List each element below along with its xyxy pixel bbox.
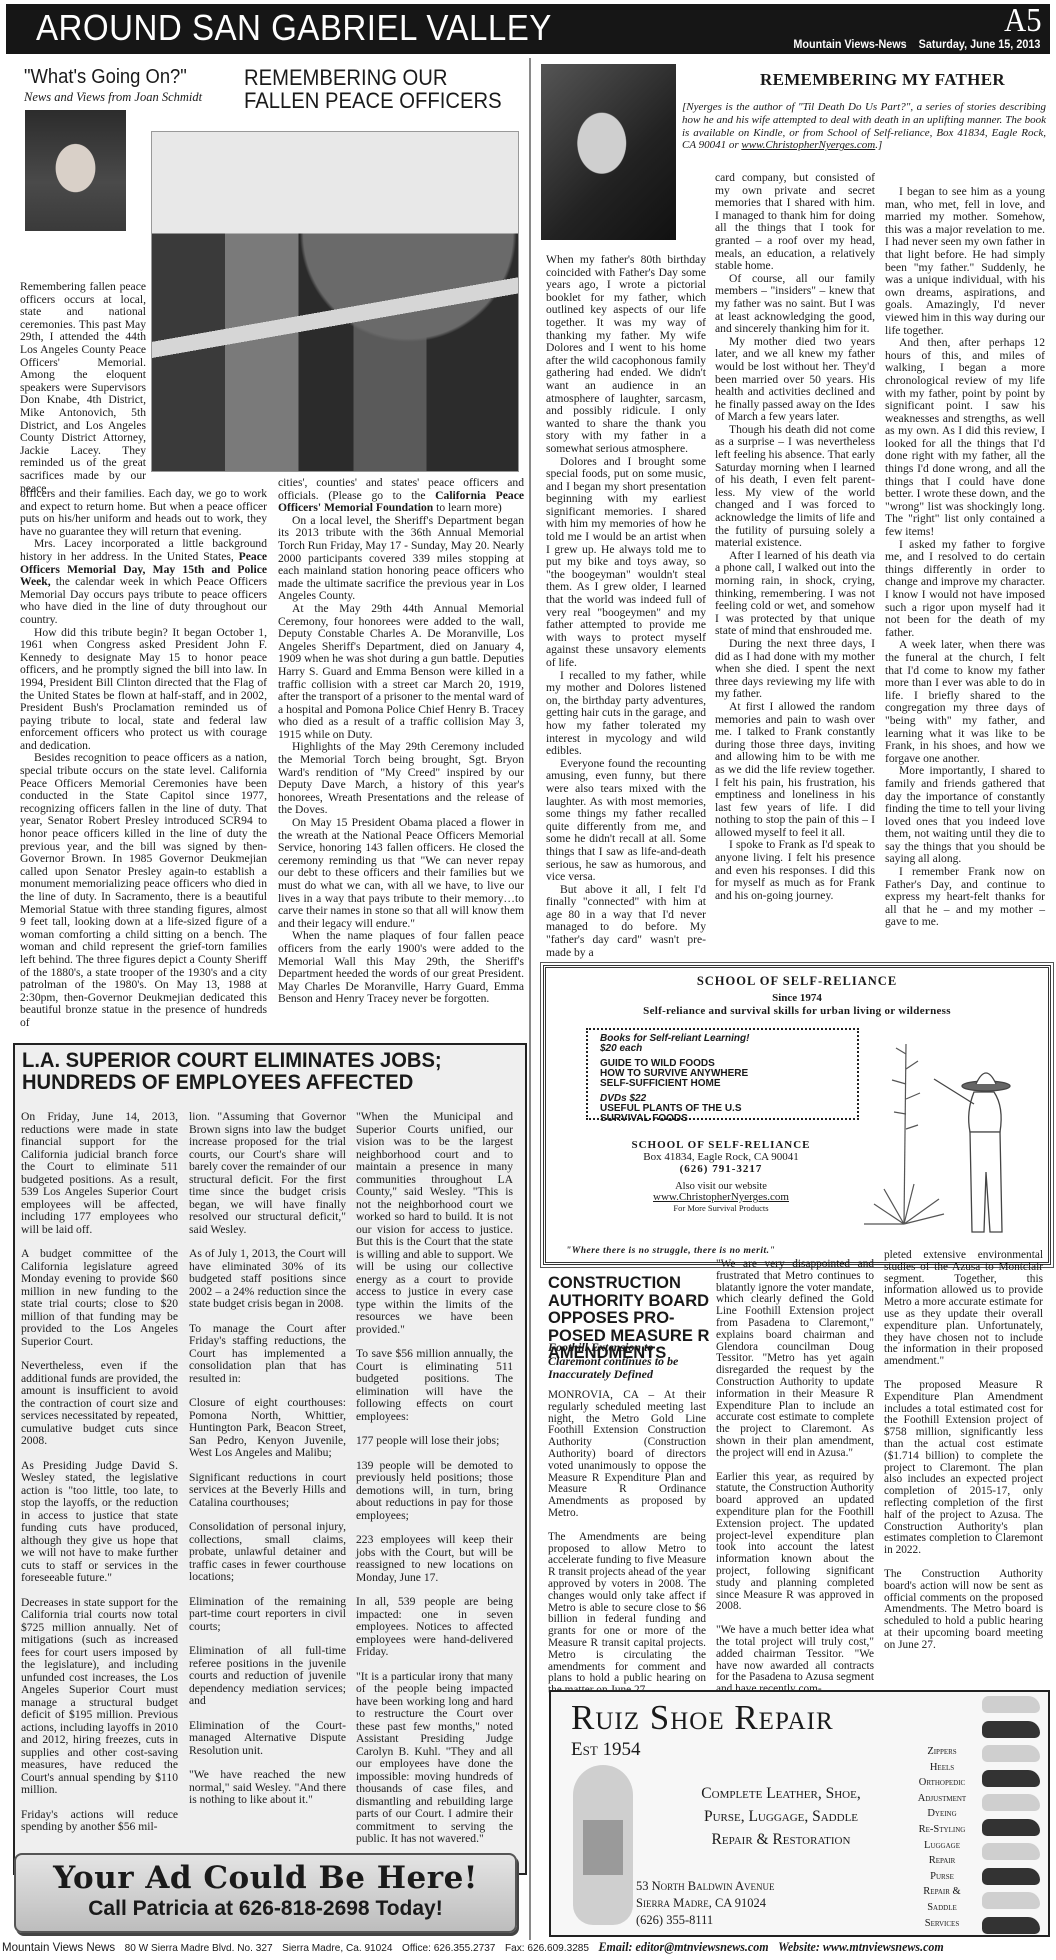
ad-established: Est 1954 bbox=[571, 1739, 641, 1761]
honor-guard-photo bbox=[151, 131, 519, 472]
product-item: SURVIVAL FOODS bbox=[600, 1114, 845, 1124]
shoe-sole-icon bbox=[982, 1745, 1040, 1762]
product-list: Books for Self-reliant Learning! $20 eac… bbox=[586, 1028, 859, 1120]
ad-quote: "Where there is no struggle, there is no… bbox=[566, 1246, 775, 1256]
article-column-1: When my father's 80th birthday coincided… bbox=[546, 254, 706, 959]
paragraph: At first I allowed the random memories a… bbox=[715, 701, 875, 840]
paragraph: "When the Municipal and Superior Courts … bbox=[356, 1111, 513, 1336]
website-link[interactable]: www.ChristopherNyerges.com bbox=[653, 1191, 789, 1203]
paragraph: A week later, when there was the funeral… bbox=[885, 639, 1045, 765]
shoe-icon bbox=[982, 1721, 1040, 1738]
publication-name: Mountain Views-News bbox=[793, 37, 906, 51]
paragraph: Highlights of the May 29th Ceremony incl… bbox=[278, 741, 524, 817]
paragraph: Significant reductions in court services… bbox=[189, 1472, 346, 1510]
footer-email[interactable]: Email: editor@mtnviewsnews.com bbox=[599, 1940, 769, 1954]
paragraph: Besides recognition to peace officers as… bbox=[20, 752, 267, 1029]
shoe-icons bbox=[982, 1696, 1040, 1934]
shoe-sole-icon bbox=[982, 1892, 1040, 1909]
paragraph: Consolidation of personal injury, collec… bbox=[189, 1521, 346, 1584]
article-lead: Remembering fallen peace officers occurs… bbox=[20, 281, 146, 495]
ad-services: Complete Leather, Shoe, Purse, Luggage, … bbox=[661, 1782, 901, 1851]
shoe-icon bbox=[982, 1819, 1040, 1836]
author-website-link[interactable]: www.ChristopherNyerges.com bbox=[741, 139, 875, 151]
paragraph: A budget committee of the California leg… bbox=[21, 1248, 178, 1348]
paragraph: Elimination of all full-time referee pos… bbox=[189, 1645, 346, 1708]
page-number: A5 bbox=[1005, 2, 1042, 40]
column-divider bbox=[529, 58, 531, 1940]
masthead: AROUND SAN GABRIEL VALLEY A5 Mountain Vi… bbox=[6, 4, 1050, 54]
paragraph: 223 employees will keep their jobs with … bbox=[356, 1534, 513, 1584]
author-photo bbox=[541, 64, 676, 240]
paragraph: When the name plaques of four fallen pea… bbox=[278, 930, 524, 1006]
author-note: [Nyerges is the author of "Til Death Do … bbox=[682, 101, 1046, 152]
ad-title: SCHOOL OF SELF-RELIANCE bbox=[546, 974, 1048, 989]
paragraph: "We have a much better idea what the tot… bbox=[716, 1625, 874, 1696]
ad-address: 53 North Baldwin Avenue Sierra Madre, CA… bbox=[636, 1878, 775, 1929]
paragraph: On Friday, June 14, 2013, reductions wer… bbox=[21, 1111, 178, 1236]
paragraph: As Presiding Judge David S. Wesley state… bbox=[21, 1460, 178, 1585]
paragraph: As of July 1, 2013, the Court will have … bbox=[189, 1248, 346, 1311]
paragraph: When my father's 80th birthday coincided… bbox=[546, 254, 706, 456]
shoe-sole-icon bbox=[982, 1843, 1040, 1860]
ad-website: Also visit our website www.ChristopherNy… bbox=[586, 1181, 856, 1214]
paragraph: MONROVIA, CA – At their regularly schedu… bbox=[548, 1390, 706, 1520]
article-headline: REMEMBERING MY FATHER bbox=[760, 70, 1005, 90]
service-list: ZippersHeels OrthopedicAdjustment Dyeing… bbox=[903, 1744, 981, 1931]
article-column-1: On Friday, June 14, 2013, reductions wer… bbox=[21, 1111, 178, 1846]
paragraph: I remember Frank now on Father's Day, an… bbox=[885, 866, 1045, 929]
paragraph: To save $56 million annually, the Court … bbox=[356, 1348, 513, 1423]
advertise-here-banner[interactable]: Your Ad Could Be Here! Call Patricia at … bbox=[14, 1853, 517, 1933]
article-headline: L.A. SUPERIOR COURT ELIMINATES JOBS; HUN… bbox=[22, 1050, 442, 1094]
paragraph: Elimination of the remaining part-time c… bbox=[189, 1596, 346, 1634]
paragraph: I recalled to my father, while my mother… bbox=[546, 670, 706, 758]
footer-fax: Fax: 626.609.3285 bbox=[505, 1942, 589, 1954]
shoe-sole-icon bbox=[982, 1696, 1040, 1713]
paragraph: 177 people will lose their jobs; bbox=[356, 1435, 513, 1448]
column-byline: News and Views from Joan Schmidt bbox=[24, 90, 202, 105]
ad-business-name: Ruiz Shoe Repair bbox=[571, 1698, 834, 1738]
paragraph: But above it all, I felt I'd finally "co… bbox=[546, 884, 706, 960]
author-photo bbox=[25, 110, 126, 231]
article-column-3: pleted extensive environmental studies o… bbox=[884, 1250, 1043, 1664]
paragraph: "It is a particular irony that many of t… bbox=[356, 1671, 513, 1846]
section-title: AROUND SAN GABRIEL VALLEY bbox=[36, 7, 552, 49]
paragraph: I began to see him as a young man, who m… bbox=[885, 186, 1045, 337]
paragraph: In all, 539 people are being impacted: o… bbox=[356, 1596, 513, 1659]
paragraph: "We have reached the new normal," said W… bbox=[189, 1769, 346, 1807]
banner-headline: Your Ad Could Be Here! bbox=[16, 1859, 515, 1897]
article-headline: REMEMBERING OURFALLEN PEACE OFFICERS bbox=[244, 66, 502, 112]
ad-tagline: Self-reliance and survival skills for ur… bbox=[546, 1005, 1048, 1017]
paragraph: The Construction Authority board's actio… bbox=[884, 1569, 1043, 1652]
product-item: SELF-SUFFICIENT HOME bbox=[600, 1079, 845, 1089]
paragraph: I spoke to Frank as I'd speak to anyone … bbox=[715, 839, 875, 902]
article-column-3: I began to see him as a young man, who m… bbox=[885, 186, 1045, 929]
paragraph: Mrs. Lacey incorporated a little backgro… bbox=[20, 538, 267, 626]
shoe-sole-icon bbox=[982, 1794, 1040, 1811]
paragraph: On May 15 President Obama placed a flowe… bbox=[278, 817, 524, 930]
column-title: "What's Going On?" bbox=[24, 66, 187, 89]
footer-city: Sierra Madre, Ca. 91024 bbox=[282, 1942, 392, 1954]
lead-paragraph: Remembering fallen peace officers occurs… bbox=[20, 281, 146, 495]
paragraph: Decreases in state support for the Calif… bbox=[21, 1597, 178, 1797]
shoe-icon bbox=[982, 1770, 1040, 1787]
ad-contact: SCHOOL OF SELF-RELIANCE Box 41834, Eagle… bbox=[586, 1139, 856, 1175]
page-footer: Mountain Views News 80 W Sierra Madre Bl… bbox=[2, 1940, 1014, 1955]
school-of-self-reliance-ad[interactable]: SCHOOL OF SELF-RELIANCE Since 1974 Self-… bbox=[543, 965, 1051, 1265]
article-column-2: card company, but consisted of my own pr… bbox=[715, 172, 875, 902]
shoe-icon bbox=[982, 1917, 1040, 1934]
ruiz-shoe-repair-ad[interactable]: Ruiz Shoe Repair Est 1954 Complete Leath… bbox=[549, 1690, 1050, 1937]
paragraph: And then, after perhaps 12 hours of this… bbox=[885, 337, 1045, 539]
article-column-1: officers and their families. Each day, w… bbox=[20, 488, 267, 1030]
paragraph: At the May 29th 44th Annual Memorial Cer… bbox=[278, 603, 524, 742]
paragraph: Though his death did not come as a surpr… bbox=[715, 424, 875, 550]
paragraph: lion. "Assuming that Governor Brown sign… bbox=[189, 1111, 346, 1236]
paragraph: During the next three days, I did as I h… bbox=[715, 638, 875, 701]
paragraph: cities', counties' and states' peace off… bbox=[278, 477, 524, 515]
paragraph: Dolores and I brought some special foods… bbox=[546, 456, 706, 670]
paragraph: 139 people will be demoted to previously… bbox=[356, 1460, 513, 1523]
paragraph: On a local level, the Sheriff's Departme… bbox=[278, 515, 524, 603]
article-deck: Foothill Extension to Claremont continue… bbox=[548, 1341, 708, 1382]
ad-phone: (626) 355-8111 bbox=[636, 1912, 775, 1929]
footer-publication: Mountain Views News bbox=[2, 1940, 115, 1954]
paragraph: Of course, all our family members – "ins… bbox=[715, 273, 875, 336]
ad-since: Since 1974 bbox=[546, 992, 1048, 1004]
paragraph: The Amendments are being proposed to all… bbox=[548, 1532, 706, 1697]
paragraph: Earlier this year, as required by statut… bbox=[716, 1472, 874, 1614]
shoe-icon bbox=[982, 1868, 1040, 1885]
paragraph: More importantly, I shared to family and… bbox=[885, 765, 1045, 866]
paragraph: Nevertheless, even if the additional fun… bbox=[21, 1360, 178, 1448]
paragraph: I asked my father to forgive me, and I r… bbox=[885, 539, 1045, 640]
article-column-1: MONROVIA, CA – At their regularly schedu… bbox=[548, 1390, 706, 1709]
paragraph: pleted extensive environmental studies o… bbox=[884, 1250, 1043, 1368]
paragraph: To manage the Court after Friday's staff… bbox=[189, 1323, 346, 1386]
footer-website[interactable]: Website: www.mtnviewsnews.com bbox=[778, 1940, 944, 1954]
issue-date: Saturday, June 15, 2013 bbox=[918, 37, 1040, 51]
paragraph: How did this tribute begin? It began Oct… bbox=[20, 627, 267, 753]
paragraph: The proposed Measure R Expenditure Plan … bbox=[884, 1380, 1043, 1557]
banner-cta: Call Patricia at 626-818-2698 Today! bbox=[16, 1897, 515, 1921]
article-column-2: lion. "Assuming that Governor Brown sign… bbox=[189, 1111, 346, 1819]
shoe-sole-icon bbox=[573, 1765, 633, 1925]
yucca-illustration-icon bbox=[864, 1024, 1034, 1249]
paragraph: Friday's actions will reduce spending by… bbox=[21, 1809, 178, 1834]
footer-office-phone: Office: 626.355.2737 bbox=[402, 1942, 495, 1954]
paragraph: "We are very disappointed and frustrated… bbox=[716, 1259, 874, 1460]
article-column-2: cities', counties' and states' peace off… bbox=[278, 477, 524, 1006]
article-column-2: "We are very disappointed and frustrated… bbox=[716, 1259, 874, 1708]
dateline: Mountain Views-News Saturday, June 15, 2… bbox=[784, 37, 1040, 51]
paragraph: officers and their families. Each day, w… bbox=[20, 488, 267, 538]
footer-address: 80 W Sierra Madre Blvd. No. 327 bbox=[125, 1942, 273, 1954]
paragraph: Everyone found the recounting amusing, e… bbox=[546, 758, 706, 884]
paragraph: Elimination of the Court-managed Alterna… bbox=[189, 1720, 346, 1758]
paragraph: card company, but consisted of my own pr… bbox=[715, 172, 875, 273]
paragraph: My mother died two years later, and we a… bbox=[715, 336, 875, 424]
article-column-3: "When the Municipal and Superior Courts … bbox=[356, 1111, 513, 1858]
paragraph: Closure of eight courthouses: Pomona Nor… bbox=[189, 1397, 346, 1460]
paragraph: After I learned of his death via a phone… bbox=[715, 550, 875, 638]
